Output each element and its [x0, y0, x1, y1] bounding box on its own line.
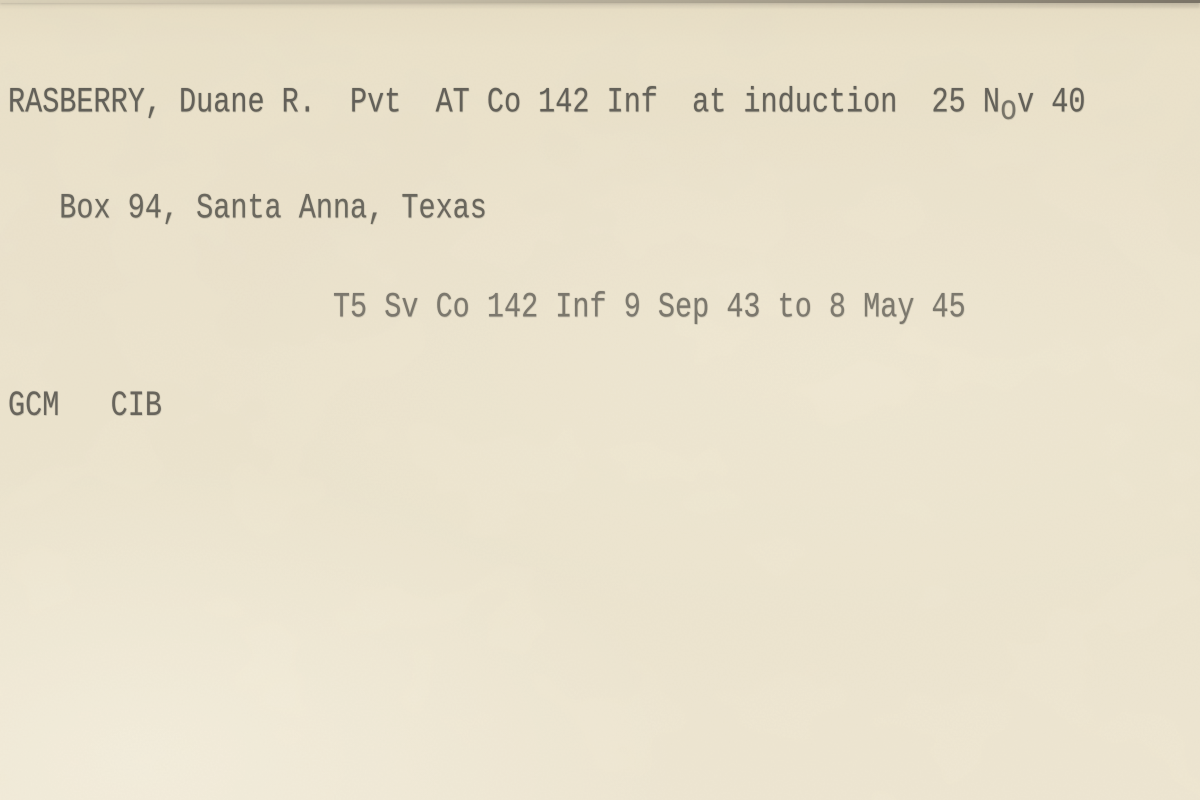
- scan-top-edge-fade: [0, 3, 1200, 8]
- line1-pre: RASBERRY, Duane R. Pvt AT Co 142 Inf at …: [8, 81, 1000, 122]
- typed-line-address: Box 94, Santa Anna, Texas: [8, 193, 1086, 226]
- typed-line-identity: RASBERRY, Duane R. Pvt AT Co 142 Inf at …: [8, 86, 1086, 127]
- line1-dropped-o: o: [1000, 94, 1017, 127]
- line1-post: v 40: [1017, 81, 1085, 122]
- typed-line-awards: GCM CIB: [8, 391, 1086, 424]
- service-record-card: RASBERRY, Duane R. Pvt AT Co 142 Inf at …: [0, 0, 1200, 800]
- typed-text-block: RASBERRY, Duane R. Pvt AT Co 142 Inf at …: [8, 20, 1086, 490]
- typed-line-service: T5 Sv Co 142 Inf 9 Sep 43 to 8 May 45: [8, 292, 1086, 325]
